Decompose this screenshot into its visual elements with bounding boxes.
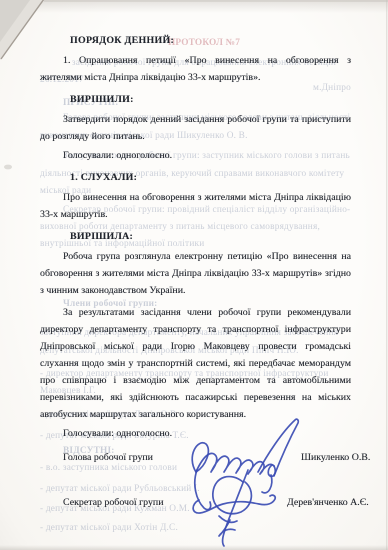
signatures-ink-layer <box>183 416 318 550</box>
resolved2-paragraph: Робоча група розглянула електронну петиц… <box>40 248 351 299</box>
heard-paragraph: Про винесення на обговорення з жителями … <box>40 189 351 223</box>
agenda-item-paragraph: 1. Опрацювання петиції «Про винесення на… <box>40 52 351 86</box>
heard-heading: 1. СЛУХАЛИ: <box>40 169 351 186</box>
resolved1-paragraph: Затвердити порядок денний засідання робо… <box>40 111 351 145</box>
resolved1-heading: ВИРІШИЛИ: <box>40 91 351 108</box>
agenda-heading: ПОРЯДОК ДЕННИЙ: <box>40 32 351 49</box>
chair-signature-ink <box>192 419 298 509</box>
resolved2-heading: ВИРІШИЛА: <box>40 228 351 245</box>
recommendation-paragraph: За результатами засідання члени робочої … <box>40 304 351 423</box>
vote1-line: Голосували: одноголосно. <box>40 147 351 164</box>
chair-role-label: Голова робочої групи <box>63 452 153 463</box>
scanned-document-page: ПРОТОКОЛ №7засідання робочої групи для о… <box>0 0 388 550</box>
document-body: ПОРЯДОК ДЕННИЙ: 1. Опрацювання петиції «… <box>40 27 351 442</box>
bleedthrough-line: - депутат міської ради Рубльовський І. <box>40 484 200 494</box>
bleedthrough-line: - в.о. заступника міського голови <box>40 463 177 473</box>
bleedthrough-line: - депутат міської ради Хотін Д.С. <box>40 523 178 533</box>
secretary-role-label: Секретар робочої групи <box>63 497 164 508</box>
